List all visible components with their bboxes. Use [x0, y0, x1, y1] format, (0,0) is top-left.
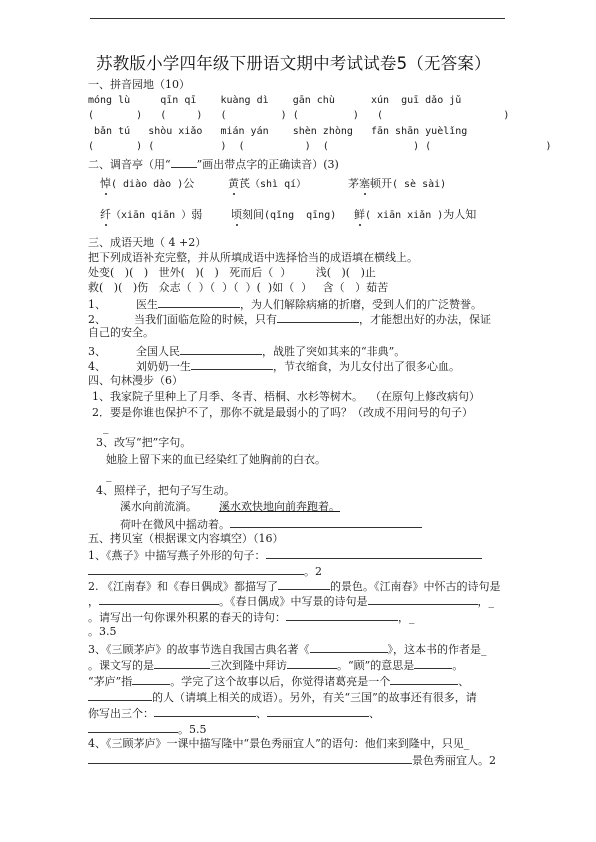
page-title: 苏教版小学四年级下册语文期中考试试卷5（无答案）	[96, 50, 491, 74]
answer-blank[interactable]	[88, 689, 152, 701]
word-rest: 弱	[191, 208, 202, 221]
task-sentence: 荷叶在微风中摇动着。	[120, 518, 230, 531]
question-text: “茅庐”指	[88, 675, 132, 688]
answer-blank[interactable]	[277, 311, 359, 323]
copy-question-4: 4、《三顾茅庐》一课中描写隆中“景色秀丽宜人”的语句：他们来到隆中，只见_	[88, 737, 469, 751]
question-number: 2、	[88, 313, 106, 326]
answer-blank[interactable]	[88, 563, 304, 575]
punct: ，_	[478, 595, 495, 608]
copy-question-2: 2. 《江南春》和《春日偶成》都描写了的景色。《江南春》中怀古的诗句是	[88, 578, 501, 594]
question-number: 3、	[88, 345, 106, 358]
question-text: 你写出三个：	[88, 707, 154, 720]
answer-blank[interactable]	[88, 752, 412, 764]
copy-question-4-cont: 景色秀丽宜人。2	[88, 752, 496, 768]
word-rest: 为人知	[443, 208, 476, 221]
question-text: 3、《三顾茅庐》的故事节选自我国古典名著《	[88, 643, 310, 656]
pinyin-row-1: móng lù qīn qī kuàng dì gān chù xún guī …	[88, 94, 461, 108]
question-text: 全国人民	[136, 345, 180, 358]
q4-task: 荷叶在微风中摇动着。	[120, 516, 422, 532]
question-text: 。请写出一句你课外积累的春天的诗句：	[88, 611, 286, 624]
section-5-heading: 五、拷贝室（根据课文内容填空）（16）	[88, 532, 284, 546]
score: 。2	[304, 565, 322, 578]
section-3-heading: 三、成语天地（ 4 +2）	[88, 236, 206, 250]
q3-sentence: 她脸上留下来的血已经染红了她胸前的白衣。	[106, 453, 326, 467]
question-text: 景色秀丽宜人。2	[412, 754, 496, 767]
answer-blank-q3[interactable]: _	[106, 469, 112, 483]
reading-options[interactable]: (qǐng qīng)	[264, 210, 336, 221]
heading-text: 二、调音亭（用“	[88, 158, 171, 171]
heading-text: ”画出带点字的正确读音）(3)	[197, 158, 339, 171]
dotted-char: 鲜	[354, 208, 365, 222]
answer-paren-row-1[interactable]: ( ) ( ) ( ) ( ) ( )	[88, 109, 509, 123]
example-plain: 溪水向前流淌。	[120, 500, 197, 513]
sentence-question-2: 2．要是你谁也保护不了，那你不就是最弱小的了吗？（改成不用问号的句子）	[92, 406, 473, 420]
reading-item-5[interactable]: 顷刻间(qǐng qīng)	[231, 208, 336, 223]
punct: 。	[452, 659, 463, 672]
question-text: 。《春日偶成》中写景的诗句是	[219, 595, 368, 608]
answer-blank[interactable]	[154, 657, 210, 669]
question-text: 2. 《江南春》和《春日偶成》都描写了	[88, 580, 278, 593]
question-text: 刘奶奶一生	[136, 360, 191, 373]
dotted-char: 纤	[100, 208, 111, 222]
reading-item-4[interactable]: 纤（xiān qiān ）弱	[100, 208, 202, 223]
punct: 、	[256, 707, 267, 720]
sentence-question-1[interactable]: 1、我家院子里种上了月季、冬青、梧桐、水杉等树木。 （在原句上修改病句）	[92, 390, 480, 404]
fill-question-2-cont: 自己的安全。	[88, 326, 154, 340]
score: 。5.5	[178, 723, 207, 736]
punct: 、	[458, 675, 469, 688]
fill-question-1: 1、医生，为人们解除病痛的折磨，受到人们的广泛赞誉。	[88, 296, 482, 312]
q4-example: 溪水向前流淌。溪水欢快地向前奔跑着。	[120, 500, 340, 514]
question-text: 。课文写的是	[88, 659, 154, 672]
copy-question-2-cont2: 。请写出一句你课外积累的春天的诗句：，_	[88, 609, 415, 625]
question-text: 医生	[136, 298, 158, 311]
answer-blank[interactable]	[390, 673, 458, 685]
copy-question-3-cont3: 的人（请填上相关的成语）。另外，有关“三国”的故事还有很多，请	[88, 689, 477, 705]
section-1-heading: 一、拼音园地（10）	[88, 78, 190, 92]
answer-blank[interactable]	[180, 343, 262, 355]
dotted-char: 顷	[231, 208, 242, 222]
section-2-heading: 二、调音亭（用“”画出带点字的正确读音）(3)	[88, 156, 339, 172]
reading-options[interactable]: ( diào dào )	[111, 179, 183, 190]
question-text: 的人（请填上相关的成语）。另外，有关“三国”的故事还有很多，请	[152, 691, 477, 704]
question-text: 1、《燕子》中描写燕子外形的句子：	[88, 549, 266, 562]
copy-question-2-score: 。3.5	[88, 625, 117, 639]
reading-options[interactable]: ( sè sài)	[392, 179, 446, 190]
fill-question-4: 4、刘奶奶一生，节衣缩食，为儿女付出了很多心血。	[88, 358, 460, 374]
reading-options[interactable]: ( xiān xiǎn )	[365, 210, 443, 221]
answer-blank[interactable]	[414, 657, 452, 669]
word-rest: 顿开	[370, 177, 392, 190]
copy-question-1-cont: 。2	[88, 563, 322, 579]
question-text: 。学完了这个故事以后，你觉得诸葛亮是一个	[170, 675, 390, 688]
answer-blank[interactable]	[286, 609, 398, 621]
answer-blank[interactable]	[88, 721, 178, 733]
answer-blank[interactable]	[287, 657, 337, 669]
answer-blank[interactable]	[278, 578, 330, 590]
punct: 、	[369, 707, 380, 720]
question-text: 三次到隆中拜访	[210, 659, 287, 672]
question-number: 4、	[88, 360, 106, 373]
reading-item-6[interactable]: 鲜( xiān xiǎn )为人知	[354, 208, 476, 223]
example-vivid: 溪水欢快地向前奔跑着。	[219, 500, 340, 513]
punct: ，	[88, 595, 99, 608]
answer-paren-row-2[interactable]: ( ) ( ) ( ) ( ) ( )	[88, 140, 552, 154]
word-rest: 芪	[239, 177, 250, 190]
question-text: 》，这本书的作者是_	[388, 643, 487, 656]
answer-blank[interactable]	[154, 705, 256, 717]
question-text: ，节衣缩食，为儿女付出了很多心血。	[273, 360, 460, 373]
reading-item-2[interactable]: 黄芪（shì qí）	[228, 177, 306, 192]
copy-question-3-cont2: “茅庐”指。学完了这个故事以后，你觉得诸葛亮是一个、	[88, 673, 469, 689]
copy-question-1: 1、《燕子》中描写燕子外形的句子：	[88, 547, 482, 563]
copy-question-3-cont5: 。5.5	[88, 721, 207, 737]
reading-item-3[interactable]: 茅塞顿开( sè sài)	[348, 177, 446, 192]
answer-blank[interactable]	[99, 593, 219, 605]
fill-question-2: 2、当我们面临危险的时候，只有，才能想出好的办法，保证	[88, 311, 491, 327]
dotted-char: 塞	[359, 177, 370, 191]
copy-question-2-cont: ，。《春日偶成》中写景的诗句是，_	[88, 593, 494, 609]
copy-question-3-cont4: 你写出三个：、、	[88, 705, 380, 721]
answer-blank[interactable]	[310, 641, 388, 653]
punct: ，_	[398, 611, 415, 624]
answer-blank[interactable]	[266, 547, 482, 559]
idioms-row-1[interactable]: 处变( )( ) 世外( )( ) 死而后（ ） 浅( )( )止	[88, 266, 376, 280]
answer-blank[interactable]	[158, 296, 240, 308]
copy-question-3-cont: 。课文写的是三次到隆中拜访。“顾”的意思是。	[88, 657, 463, 673]
pinyin-row-2: bǎn tú shòu xiǎo mián yán shèn zhòng fān…	[88, 125, 467, 139]
copy-question-3: 3、《三顾茅庐》的故事节选自我国古典名著《》，这本书的作者是_	[88, 641, 487, 657]
fill-question-3: 3、全国人民，战胜了突如其来的“非典”。	[88, 343, 405, 359]
reading-options[interactable]: （shì qí）	[250, 179, 306, 190]
question-text: ，战胜了突如其来的“非典”。	[262, 345, 405, 358]
question-text: ，为人们解除病痛的折磨，受到人们的广泛赞誉。	[240, 298, 482, 311]
answer-blank-q2[interactable]: _	[103, 421, 109, 435]
header-rule	[90, 18, 505, 19]
word-rest: 刻间	[242, 208, 264, 221]
answer-blank[interactable]	[191, 358, 273, 370]
answer-blank[interactable]	[230, 516, 422, 528]
sentence-question-3: 3、改写“把”字句。	[96, 436, 191, 450]
section-3-instruction: 把下列成语补充完整，并从所填成语中选择恰当的成语填在横线上。	[88, 251, 418, 265]
dotted-char: 悼	[100, 177, 111, 191]
word-pre: 茅	[348, 177, 359, 190]
reading-options[interactable]: （xiān qiān ）	[111, 210, 191, 221]
question-text: 的景色。《江南春》中怀古的诗句是	[330, 580, 501, 593]
question-text: ，才能想出好的办法，保证	[359, 313, 491, 326]
answer-blank[interactable]	[368, 593, 478, 605]
underline-sample	[171, 156, 197, 168]
question-number: 1、	[88, 298, 106, 311]
question-text: 当我们面临危险的时候，只有	[134, 313, 277, 326]
section-4-heading: 四、句林漫步（6）	[88, 374, 183, 388]
reading-item-1[interactable]: 悼( diào dào )公	[100, 177, 194, 192]
answer-blank[interactable]	[132, 673, 170, 685]
dotted-char: 黄	[228, 177, 239, 191]
sentence-question-4: 4、照样子，把句子写生动。	[96, 484, 235, 498]
question-text: 。“顾”的意思是	[337, 659, 414, 672]
word-rest: 公	[183, 177, 194, 190]
idioms-row-2[interactable]: 救( )( )伤 众志（ ）（ ）（ ）( )如（ ） 含（ ）茹苦	[88, 281, 388, 295]
answer-blank[interactable]	[267, 705, 369, 717]
